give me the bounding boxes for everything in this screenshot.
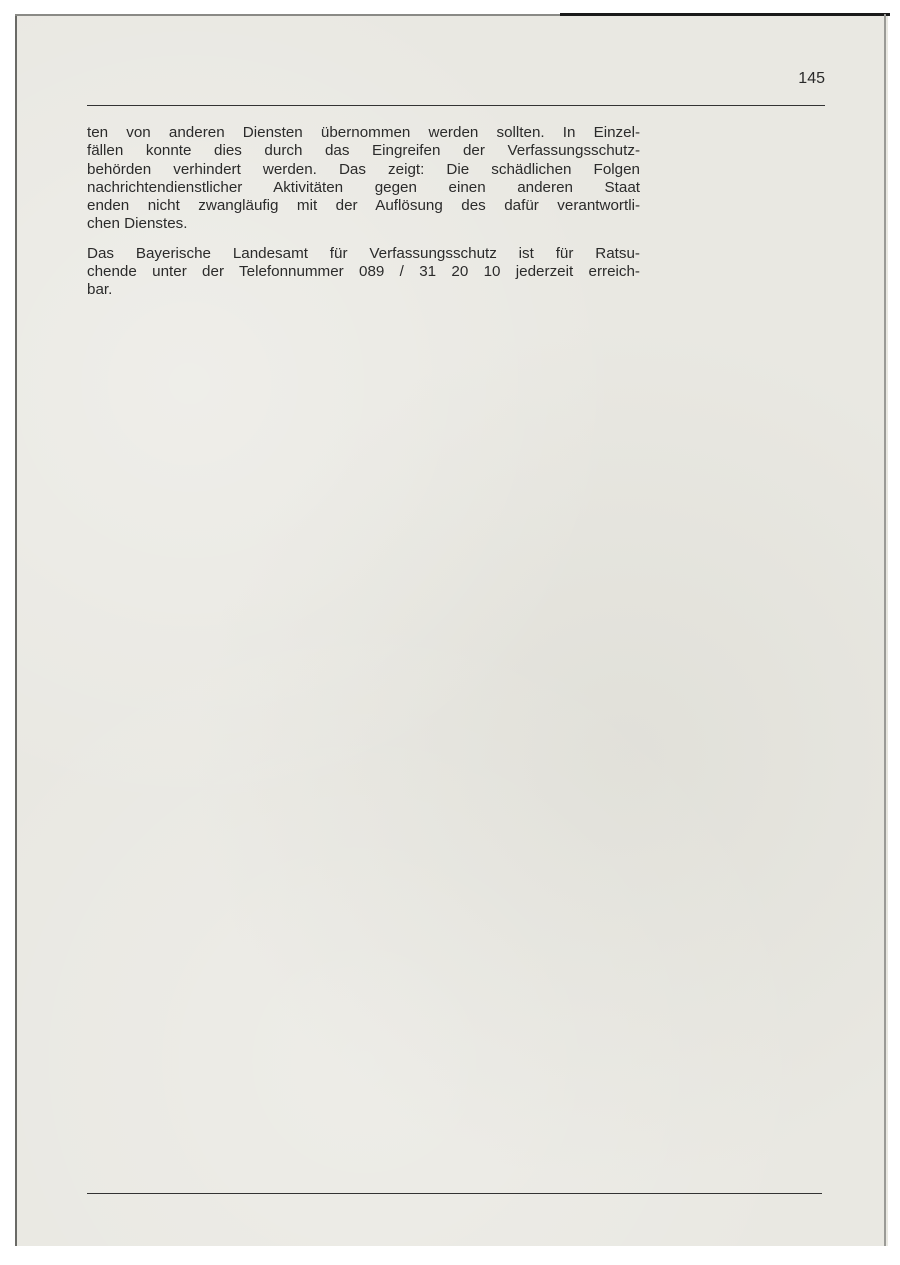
text-line: fällen konnte dies durch das Eingreifen … xyxy=(87,142,640,160)
text-line: Das Bayerische Landesamt für Verfassungs… xyxy=(87,245,640,263)
text-line: chen Dienstes. xyxy=(87,215,640,233)
text-line: nachrichtendienstlicher Aktivitäten gege… xyxy=(87,179,640,197)
page-right-edge xyxy=(884,14,886,1246)
page-top-shadow xyxy=(560,13,890,16)
header-rule xyxy=(87,105,825,106)
page-number: 145 xyxy=(780,70,825,88)
footer-rule xyxy=(87,1193,822,1194)
text-line: behörden verhindert werden. Das zeigt: D… xyxy=(87,161,640,179)
paragraph-1: ten von anderen Diensten übernommen werd… xyxy=(87,124,640,234)
paragraph-2: Das Bayerische Landesamt für Verfassungs… xyxy=(87,245,640,300)
body-text: ten von anderen Diensten übernommen werd… xyxy=(87,124,640,311)
text-line: ten von anderen Diensten übernommen werd… xyxy=(87,124,640,142)
text-line: enden nicht zwangläufig mit der Auflösun… xyxy=(87,197,640,215)
text-line: bar. xyxy=(87,281,640,299)
page-left-edge xyxy=(15,14,17,1246)
text-line: chende unter der Telefonnummer 089 / 31 … xyxy=(87,263,640,281)
